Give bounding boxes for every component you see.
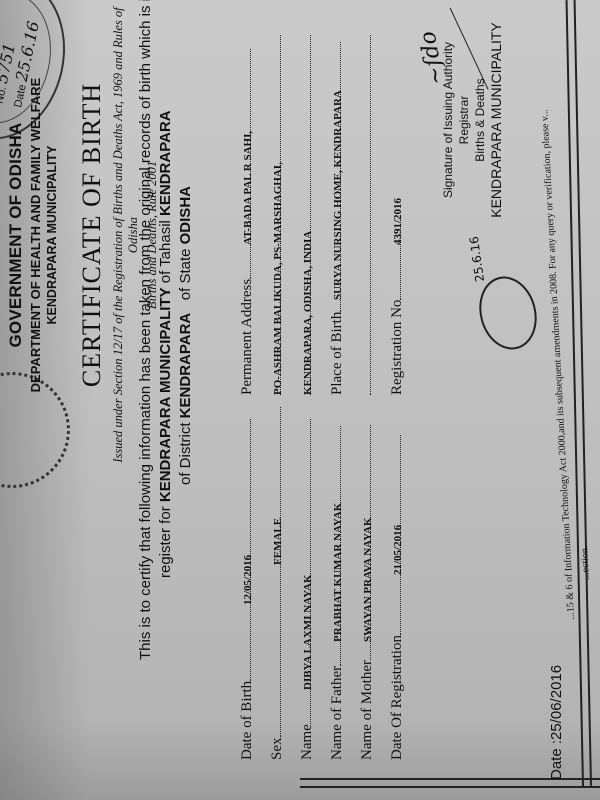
field-address-line-2: PO-ASHRAM BALIKUDA, PS-MARSHAGHAI, [266,15,296,395]
births-deaths-label: Births & Deaths [472,0,488,240]
mother-name-value: SWAYAN PRAVA NAYAK [362,517,374,642]
field-address-line-3: KENDRAPARA, ODISHA, INDIA [296,15,326,395]
document-border-bottom [566,0,592,786]
field-name: Name DIBYA LAXMI NAYAK [296,400,326,760]
field-registration-no: Registration No 4391/2016 [386,15,416,395]
father-name-value: PRABHAT KUMAR NAYAK [332,503,344,642]
government-title: GOVERNMENT OF ODISHA [6,0,26,470]
certificate-title: CERTIFICATE OF BIRTH [77,0,107,470]
initials-mark-icon [471,270,544,356]
field-date-of-registration: Date Of Registration 21/05/2016 [386,400,416,760]
footer-legal-text-2: ...ection. [579,545,592,580]
field-blank-line [356,15,386,395]
address-line-3: KENDRAPARA, ODISHA, INDIA [302,231,314,395]
date-of-birth-value: 12/05/2016 [242,555,254,605]
municipality-title: KENDRAPARA MUNICIPALITY [45,0,59,470]
certification-statement: This is to certify that following inform… [136,20,196,660]
address-and-registration: Permanent Address AT-BADA PAL R SAHI, PO… [236,15,416,395]
birth-certificate-document: No. 5751 Date 25.6.16 GOVERNMENT OF ODIS… [0,0,600,800]
child-details: Date of Birth 12/05/2016 Sex FEMALE Name… [236,400,416,760]
field-permanent-address: Permanent Address AT-BADA PAL R SAHI, [236,15,266,395]
registration-no-value: 4391/2016 [392,198,404,245]
state-value: ODISHA [177,186,194,244]
field-mother-name: Name of Mother SWAYAN PRAVA NAYAK [356,400,386,760]
address-line-2: PO-ASHRAM BALIKUDA, PS-MARSHAGHAI, [272,162,284,395]
certify-line-3: of District KENDRAPARA of State ODISHA [176,20,196,660]
name-value: DIBYA LAXMI NAYAK [302,574,314,690]
field-sex: Sex FEMALE [266,400,296,760]
district-value: KENDRAPARA [177,313,194,419]
field-place-of-birth: Place of Birth SURYA NURSING HOME, KENDR… [326,15,356,395]
issuing-authority-block: Signature of Issuing Authority Registrar… [440,0,504,240]
certify-line-2: register for KENDRAPARA MUNICIPALITY of … [156,20,176,660]
address-line-1: AT-BADA PAL R SAHI, [242,131,254,245]
place-of-birth-value: SURYA NURSING HOME, KENDRAPARA [332,90,344,300]
issue-date: Date :25/06/2016 [548,665,565,780]
sex-value: FEMALE [272,518,284,565]
tahasil-value: KENDRAPARA [157,110,174,216]
issuing-municipality: KENDRAPARA MUNICIPALITY [488,0,504,240]
field-date-of-birth: Date of Birth 12/05/2016 [236,400,266,760]
initials-date: 25.6.16 [467,235,487,282]
tahasil-authority: KENDRAPARA MUNICIPALITY [157,287,174,502]
certify-line-1: This is to certify that following inform… [136,20,156,660]
registrar-label: Registrar [456,0,472,240]
signature-caption: Signature of Issuing Authority [440,0,456,240]
date-of-registration-value: 21/05/2016 [392,525,404,575]
department-title: DEPARTMENT OF HEALTH AND FAMILY WELFARE [28,0,43,470]
field-father-name: Name of Father PRABHAT KUMAR NAYAK [326,400,356,760]
